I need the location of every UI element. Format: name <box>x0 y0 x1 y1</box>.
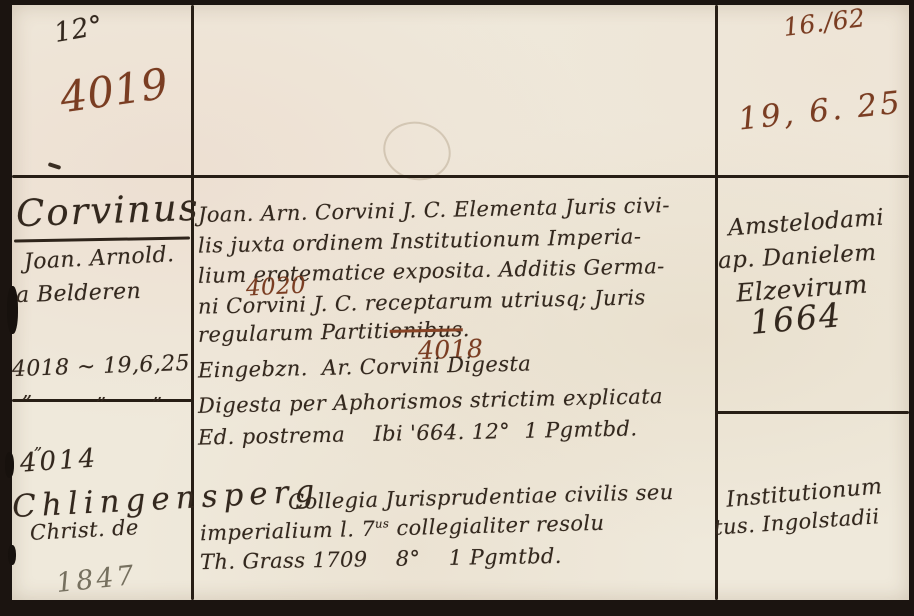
pencil-number: 1847 <box>55 562 138 597</box>
imprint-year: 1664 <box>749 298 844 339</box>
grid-line-horizontal-right-cell <box>715 411 909 414</box>
catalog-card-scan: 12° 4019 16./62 19, 6. 25 Corvinus Joan.… <box>0 0 914 616</box>
ditto-mark: „ <box>22 380 33 400</box>
grid-line-vertical-right <box>715 5 718 600</box>
format-notation: 12° <box>52 12 105 47</box>
author-heading: Corvinus <box>15 189 200 232</box>
ditto-mark: „ <box>96 382 107 402</box>
entry2-title-line-2-superscript: us <box>375 516 390 530</box>
entry2-author-first-name: Christ. de <box>30 517 140 544</box>
edge-ink-blot <box>5 452 14 478</box>
insert-number-4020: 4020 <box>245 274 306 300</box>
ditto-mark: „ <box>152 382 163 402</box>
author-origin: a Belderen <box>16 281 142 307</box>
title-line-5-pre: regularum Partiti <box>198 319 390 347</box>
grid-line-horizontal-top <box>12 175 909 178</box>
entry2-title-line-2-pre: imperialium l. 7 <box>200 517 376 546</box>
entry2-number: 4014 <box>19 445 99 476</box>
edge-ink-blot <box>8 545 16 565</box>
